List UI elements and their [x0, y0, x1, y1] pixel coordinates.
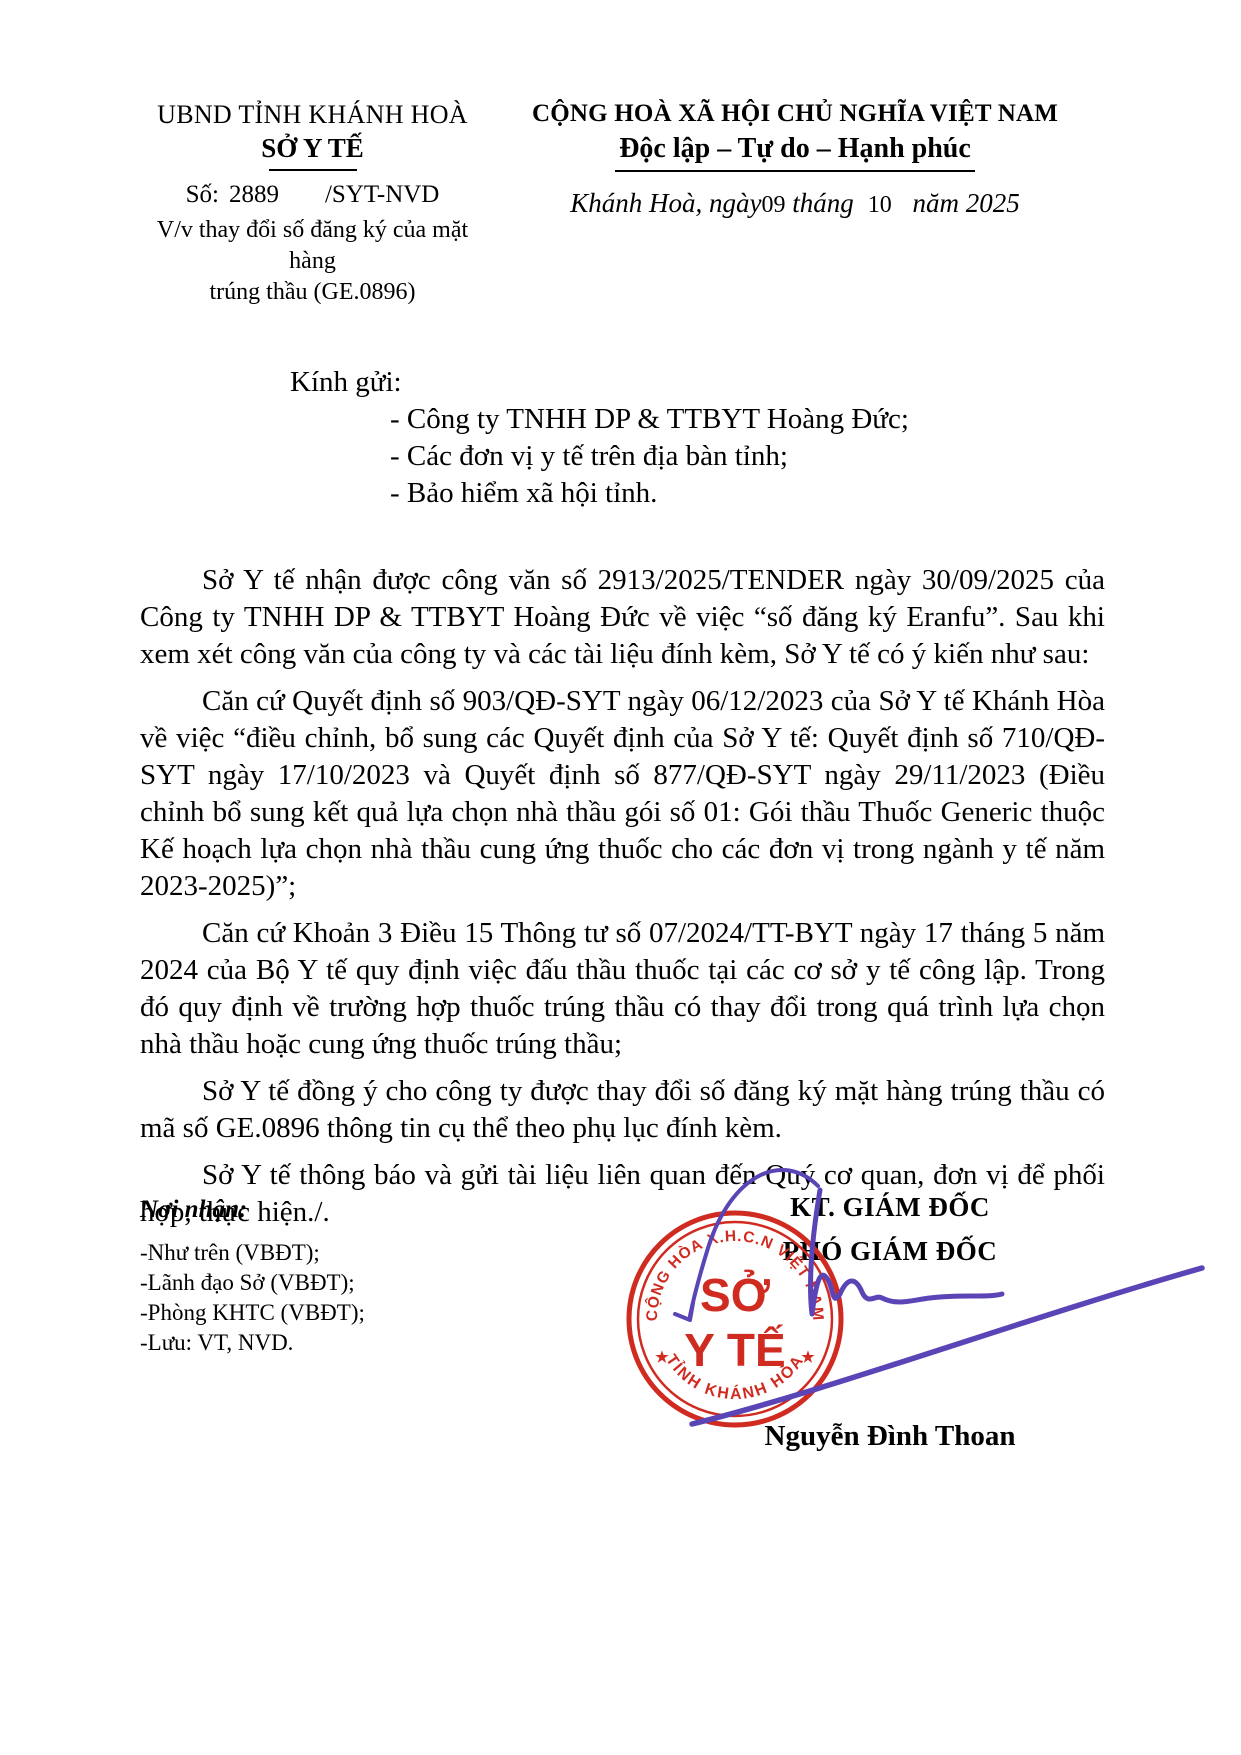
- org-underline: [269, 169, 357, 171]
- date-month: 10: [868, 192, 892, 218]
- cc-item: -Lãnh đạo Sở (VBĐT);: [140, 1268, 365, 1298]
- subject-line-1: V/v thay đổi số đăng ký của mặt hàng: [140, 215, 485, 277]
- issuing-org-block: UBND TỈNH KHÁNH HOÀ SỞ Y TẾ Số:2889/SYT-…: [140, 100, 485, 308]
- date-place-label: Khánh Hoà, ngày: [570, 188, 761, 218]
- org-parent-title: UBND TỈNH KHÁNH HOÀ: [140, 100, 485, 130]
- doc-number-value: 2889: [229, 181, 279, 208]
- official-letter-page: UBND TỈNH KHÁNH HOÀ SỞ Y TẾ Số:2889/SYT-…: [0, 0, 1241, 1755]
- stamp-star-right: ★: [801, 1349, 815, 1366]
- doc-number-label: Số:: [186, 181, 219, 208]
- letter-body: Sở Y tế nhận được công văn số 2913/2025/…: [140, 562, 1105, 1231]
- national-motto: Độc lập – Tự do – Hạnh phúc: [615, 133, 975, 172]
- date-month-label: tháng: [792, 188, 854, 218]
- org-title: SỞ Y TẾ: [140, 133, 485, 164]
- recipient-item: - Công ty TNHH DP & TTBYT Hoàng Đức;: [390, 401, 1105, 438]
- stamp-star-left: ★: [655, 1349, 669, 1366]
- body-paragraph: Căn cứ Quyết định số 903/QĐ-SYT ngày 06/…: [140, 683, 1105, 905]
- letter-header: UBND TỈNH KHÁNH HOÀ SỞ Y TẾ Số:2889/SYT-…: [140, 100, 1105, 308]
- salutation-block: Kính gửi: - Công ty TNHH DP & TTBYT Hoàn…: [140, 364, 1105, 512]
- signer-name: Nguyễn Đình Thoan: [640, 1420, 1140, 1453]
- national-header-line: CỘNG HOÀ XÃ HỘI CHỦ NGHĨA VIỆT NAM: [515, 100, 1075, 128]
- subject-block: V/v thay đổi số đăng ký của mặt hàng trú…: [140, 215, 485, 308]
- body-paragraph: Sở Y tế nhận được công văn số 2913/2025/…: [140, 562, 1105, 673]
- cc-item: -Phòng KHTC (VBĐT);: [140, 1298, 365, 1328]
- subject-line-2: trúng thầu (GE.0896): [140, 277, 485, 308]
- date-day: 09: [761, 192, 785, 218]
- date-line: Khánh Hoà, ngày09 tháng10 năm 2025: [515, 188, 1075, 219]
- recipient-item: - Các đơn vị y tế trên địa bàn tỉnh;: [390, 438, 1105, 475]
- doc-number-line: Số:2889/SYT-NVD: [140, 181, 485, 209]
- recipient-item: - Bảo hiểm xã hội tỉnh.: [390, 475, 1105, 512]
- body-paragraph: Căn cứ Khoản 3 Điều 15 Thông tư số 07/20…: [140, 915, 1105, 1063]
- stamp-center-text-1: SỞ: [700, 1269, 771, 1321]
- salutation-label: Kính gửi:: [290, 364, 1105, 401]
- cc-item: -Lưu: VT, NVD.: [140, 1328, 365, 1358]
- cc-item: -Như trên (VBĐT);: [140, 1238, 365, 1268]
- date-year-label: năm: [913, 188, 960, 218]
- official-stamp: CỘNG HÒA X.H.C.N VIỆT NAM TỈNH KHÁNH HÒA…: [622, 1206, 848, 1432]
- date-year: 2025: [966, 188, 1020, 218]
- copy-recipients-block: Nơi nhận: -Như trên (VBĐT); -Lãnh đạo Sở…: [140, 1196, 365, 1358]
- national-header-block: CỘNG HOÀ XÃ HỘI CHỦ NGHĨA VIỆT NAM Độc l…: [515, 100, 1075, 219]
- copy-recipients-label: Nơi nhận:: [140, 1196, 365, 1224]
- body-paragraph: Sở Y tế đồng ý cho công ty được thay đổi…: [140, 1073, 1105, 1147]
- doc-number-suffix: /SYT-NVD: [325, 181, 439, 208]
- stamp-center-text-2: Y TẾ: [684, 1324, 785, 1376]
